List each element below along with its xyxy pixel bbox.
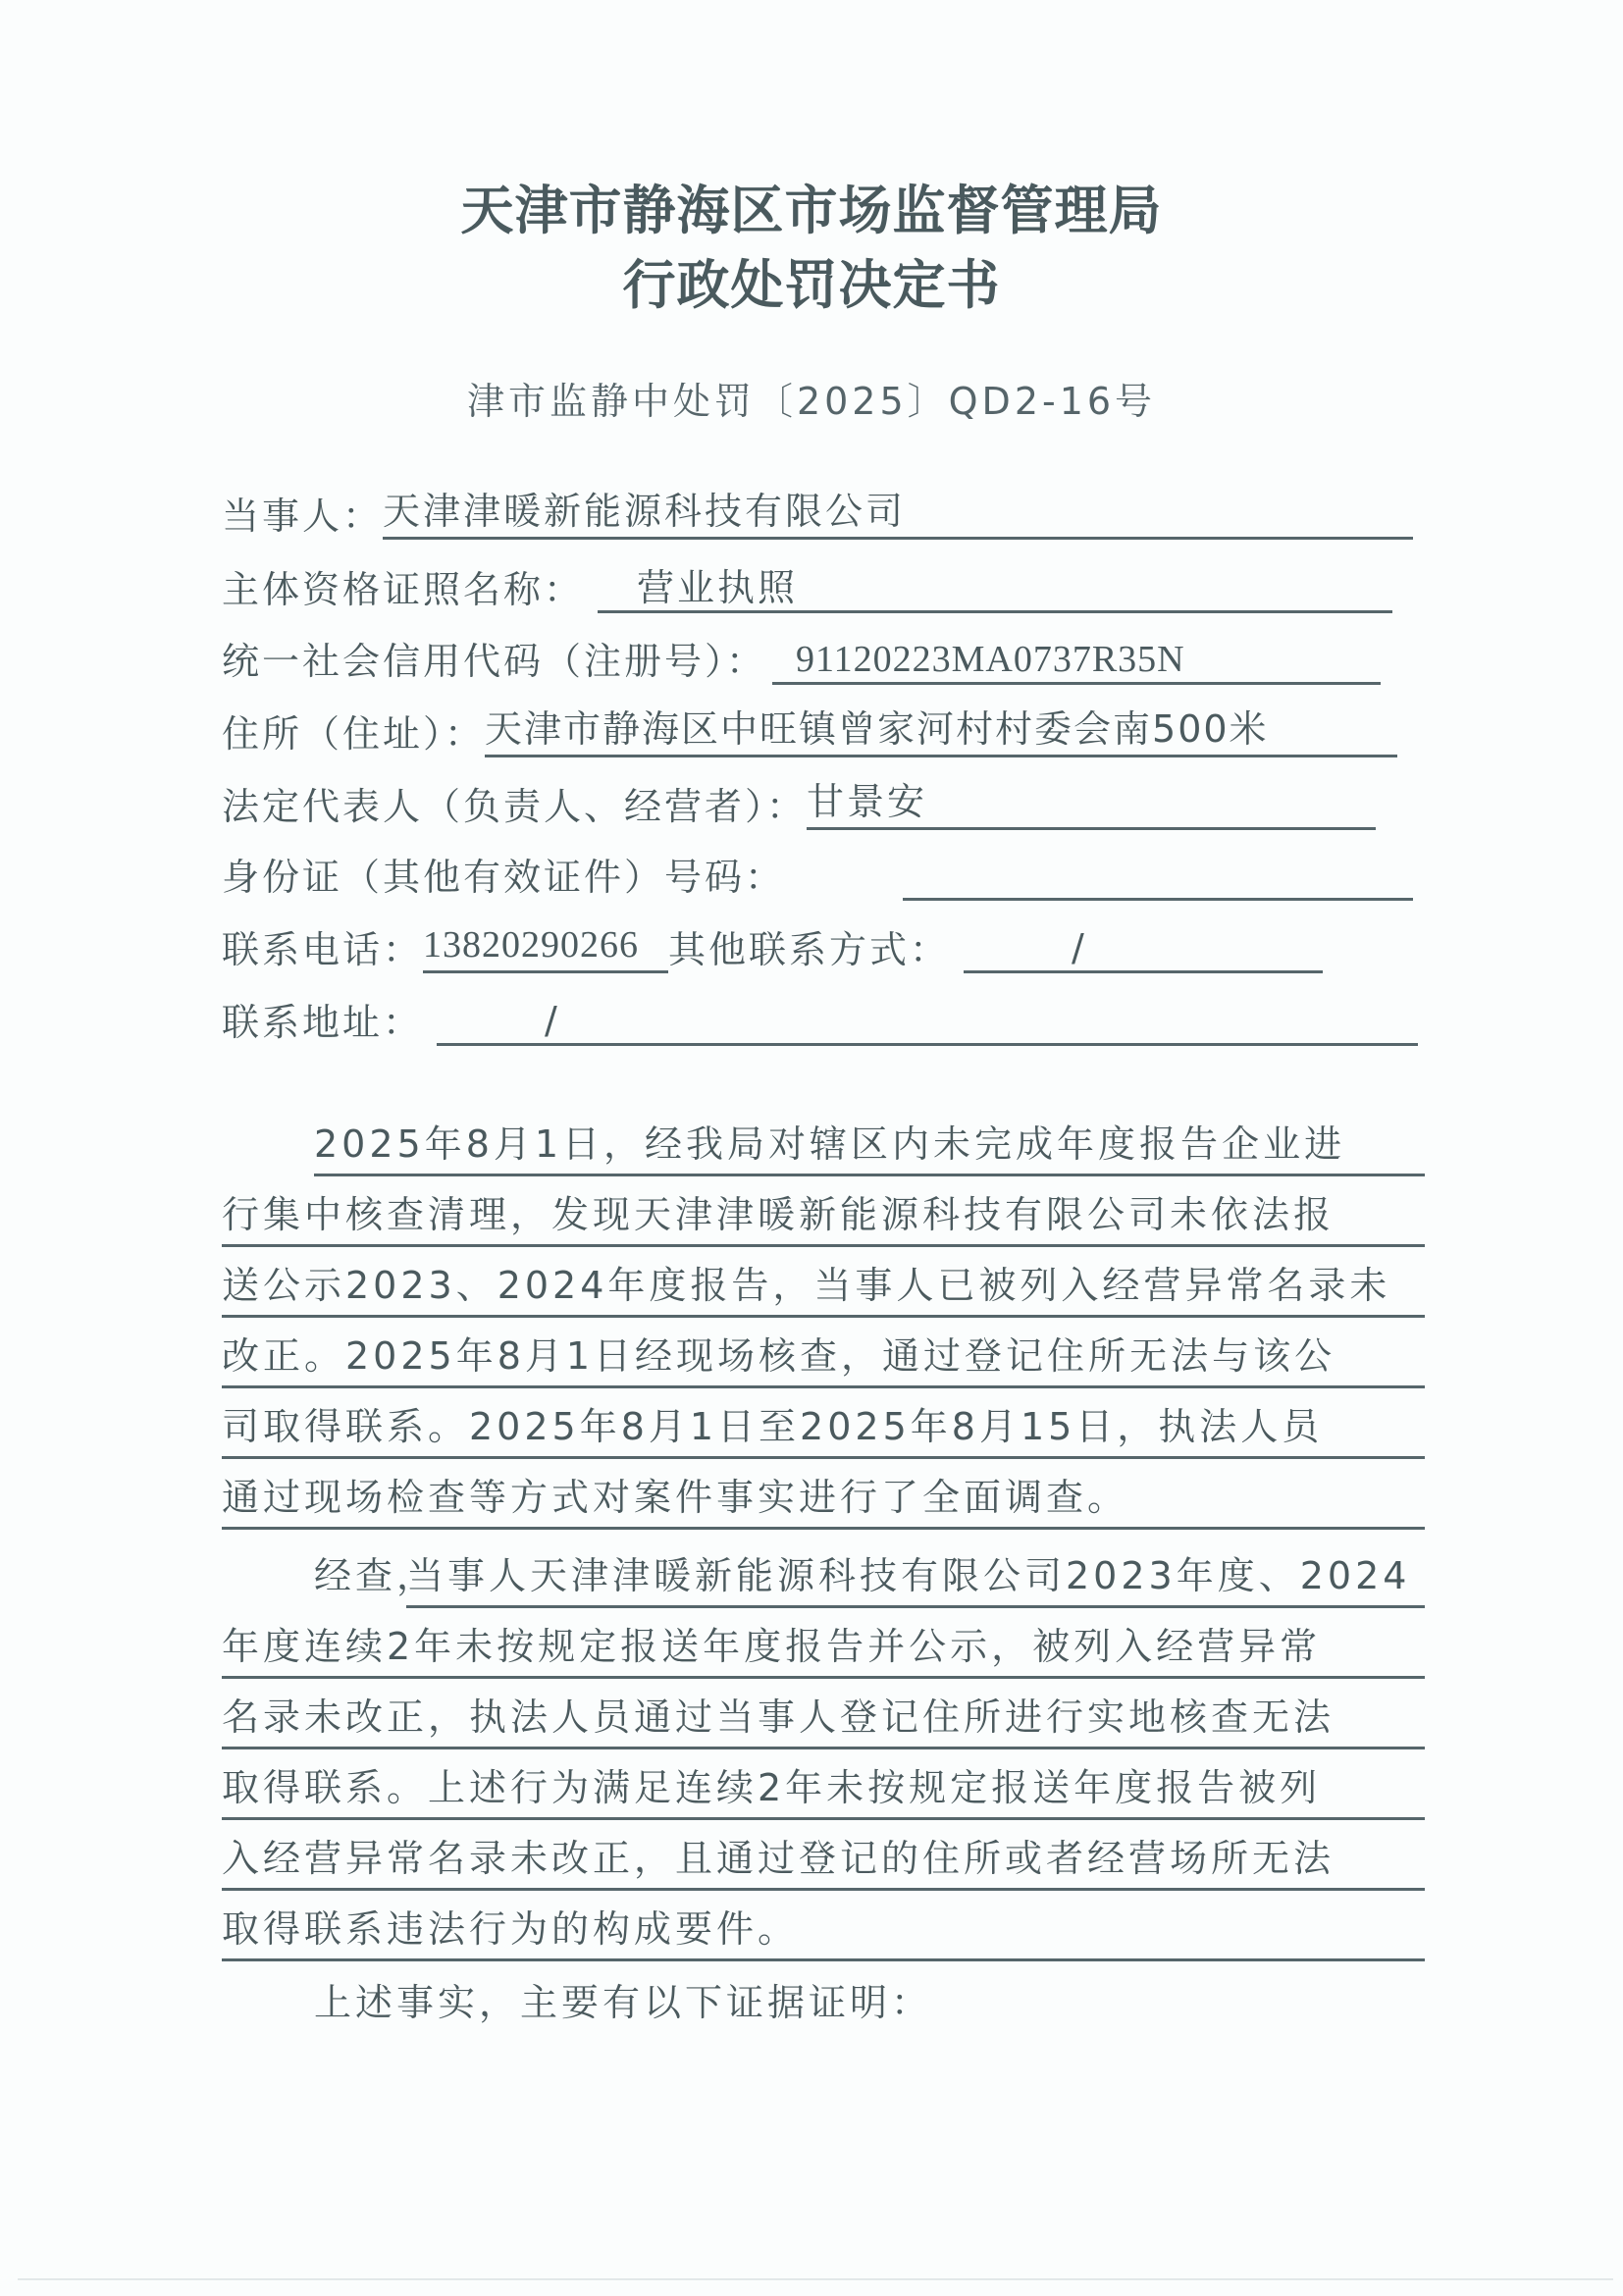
legal-representative-label: 法定代表人（负责人、经营者）：: [222, 776, 807, 830]
id-number-row: 身份证（其他有效证件）号码：: [222, 842, 1413, 901]
paragraph-line: 取得联系违法行为的构成要件。: [222, 1904, 1425, 1961]
address-label: 住所（住址）：: [222, 704, 485, 757]
phone-value: 13820290266: [423, 919, 668, 973]
license-name-value: 营业执照: [598, 562, 1392, 613]
other-contact-label: 其他联系方式：: [668, 919, 950, 973]
contact-phone-row: 联系电话： 13820290266 其他联系方式： /: [222, 914, 1323, 973]
document-page: 天津市静海区市场监督管理局 行政处罚决定书 津市监静中处罚〔2025〕QD2-1…: [0, 0, 1623, 2296]
issuing-authority-title: 天津市静海区市场监督管理局: [0, 169, 1623, 244]
contact-address-row: 联系地址： /: [222, 987, 1418, 1046]
paragraph-line: 年度连续2年未按规定报送年度报告并公示，被列入经营异常: [222, 1621, 1425, 1679]
paragraph-line: 送公示2023、2024年度报告，当事人已被列入经营异常名录未: [222, 1260, 1425, 1318]
credit-code-label: 统一社会信用代码（注册号）：: [222, 631, 766, 685]
address-value: 天津市静海区中旺镇曾家河村村委会南500米: [485, 704, 1397, 757]
paragraph-line: 改正。2025年8月1日经现场核查，通过登记住所无法与该公: [222, 1331, 1425, 1388]
credit-code-row: 统一社会信用代码（注册号）： 91120223MA0737R35N: [222, 626, 1381, 685]
id-redacted-area: [785, 850, 903, 901]
license-name-label: 主体资格证照名称：: [222, 559, 584, 613]
paragraph-line: 入经营异常名录未改正，且通过登记的住所或者经营场所无法: [222, 1833, 1425, 1891]
paragraph-line: 行集中核查清理，发现天津津暖新能源科技有限公司未依法报: [222, 1189, 1425, 1247]
other-contact-value: /: [964, 922, 1323, 973]
party-value: 天津津暖新能源科技有限公司: [383, 486, 1413, 540]
id-number-label: 身份证（其他有效证件）号码：: [222, 847, 785, 901]
paragraph-line: 当事人天津津暖新能源科技有限公司2023年度、2024: [406, 1550, 1425, 1608]
license-name-row: 主体资格证照名称： 营业执照: [222, 554, 1392, 613]
paragraph-line: 名录未改正，执法人员通过当事人登记住所进行实地核查无法: [222, 1692, 1425, 1749]
address-row: 住所（住址）： 天津市静海区中旺镇曾家河村村委会南500米: [222, 699, 1397, 757]
legal-representative-row: 法定代表人（负责人、经营者）： 甘景安: [222, 771, 1376, 830]
phone-label: 联系电话：: [222, 919, 423, 973]
document-number: 津市监静中处罚〔2025〕QD2-16号: [0, 371, 1623, 425]
credit-code-value: 91120223MA0737R35N: [772, 634, 1381, 685]
paragraph-line: 2025年8月1日，经我局对辖区内未完成年度报告企业进: [314, 1119, 1425, 1176]
document-type-title: 行政处罚决定书: [0, 243, 1623, 319]
paragraph-line: 通过现场检查等方式对案件事实进行了全面调查。: [222, 1472, 1425, 1530]
party-row: 当事人： 天津津暖新能源科技有限公司: [222, 481, 1413, 540]
party-label: 当事人：: [222, 486, 383, 540]
paragraph-line: 取得联系。上述行为满足连续2年未按规定报送年度报告被列: [222, 1762, 1425, 1820]
contact-address-label: 联系地址：: [222, 992, 423, 1046]
paragraph-evidence-intro: 上述事实，主要有以下证据证明：: [314, 1972, 932, 2026]
paragraph-line: 司取得联系。2025年8月1日至2025年8月15日，执法人员: [222, 1401, 1425, 1459]
legal-representative-value: 甘景安: [807, 776, 1376, 830]
contact-address-value: /: [437, 995, 1418, 1046]
scan-edge-line: [18, 2278, 1613, 2280]
id-number-value: [903, 847, 1413, 901]
